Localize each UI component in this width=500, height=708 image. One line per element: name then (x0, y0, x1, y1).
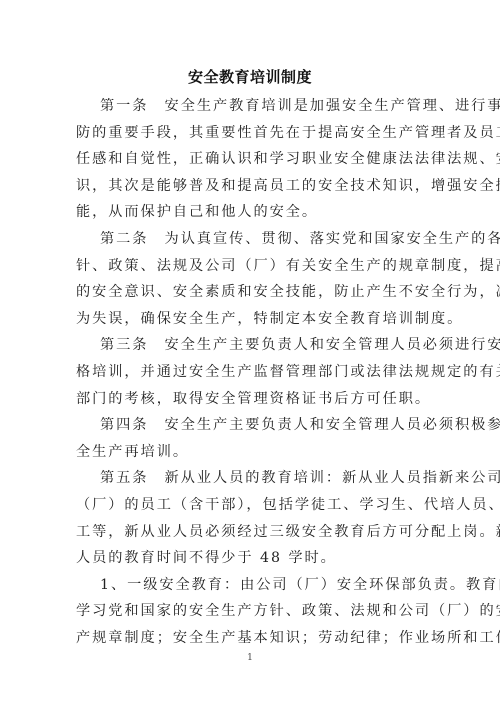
text-line: 第一条 安全生产教育培训是加强安全生产管理、进行事故预 (76, 93, 418, 120)
text-line: 部门的考核，取得安全管理资格证书后方可任职。 (76, 386, 418, 413)
text-line: 第五条 新从业人员的教育培训：新从业人员指新来公司 (76, 465, 418, 492)
text-line: 第二条 为认真宣传、贯彻、落实党和国家安全生产的各项方 (76, 226, 418, 253)
text-line: 格培训，并通过安全生产监督管理部门或法律法规规定的有关主管 (76, 359, 418, 386)
document-body: 第一条 安全生产教育培训是加强安全生产管理、进行事故预防的重要手段，其重要性首先… (76, 93, 418, 651)
text-line: 全生产再培训。 (76, 439, 418, 466)
text-line: 的安全意识、安全素质和安全技能，防止产生不安全行为，减少人 (76, 279, 418, 306)
text-line: 防的重要手段，其重要性首先在于提高安全生产管理者及员工的责 (76, 120, 418, 147)
text-line: 人员的教育时间不得少于 48 学时。 (76, 545, 418, 572)
page-number: 1 (0, 653, 500, 663)
document-title: 安全教育培训制度 (0, 67, 500, 87)
document-page: 安全教育培训制度 第一条 安全生产教育培训是加强安全生产管理、进行事故预防的重要… (0, 0, 500, 708)
text-line: （厂）的员工（含干部），包括学徒工、学习生、代培人员、新合同 (76, 492, 418, 519)
text-line: 产规章制度；安全生产基本知识；劳动纪律；作业场所和工作岗位 (76, 625, 418, 652)
text-line: 学习党和国家的安全生产方针、政策、法规和公司（厂）的安全生 (76, 598, 418, 625)
text-line: 1、一级安全教育：由公司（厂）安全环保部负责。教育内容： (76, 572, 418, 599)
text-line: 识，其次是能够普及和提高员工的安全技术知识，增强安全操作技 (76, 173, 418, 200)
text-line: 针、政策、法规及公司（厂）有关安全生产的规章制度，提高职工 (76, 253, 418, 280)
text-line: 第四条 安全生产主要负责人和安全管理人员必须积极参加安 (76, 412, 418, 439)
text-line: 能，从而保护自己和他人的安全。 (76, 199, 418, 226)
text-line: 第三条 安全生产主要负责人和安全管理人员必须进行安全资 (76, 332, 418, 359)
text-line: 任感和自觉性，正确认识和学习职业安全健康法法律法规、安全知 (76, 146, 418, 173)
text-line: 工等，新从业人员必须经过三级安全教育后方可分配上岗。新从业 (76, 519, 418, 546)
text-line: 为失误，确保安全生产，特制定本安全教育培训制度。 (76, 306, 418, 333)
